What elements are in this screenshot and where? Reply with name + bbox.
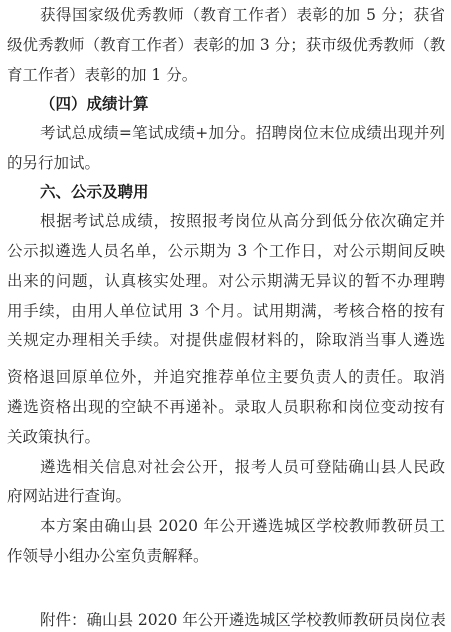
paragraph-line: 作领导小组办公室负责解释。: [7, 541, 445, 571]
paragraph-line: 关规定办理相关手续。对提供虚假材料的，除取消当事人遴选: [7, 325, 445, 355]
paragraph-line: 用手续，由用人单位试用 3 个月。试用期满，考核合格的按有: [7, 296, 445, 326]
paragraph-line: 育工作者）表彰的加 1 分。: [7, 60, 445, 90]
paragraph-line: 资格退回原单位外，并追究推荐单位主要负责人的责任。取消: [7, 362, 445, 392]
paragraph-line: 遴选资格出现的空缺不再递补。录取人员职称和岗位变动按有: [7, 392, 445, 422]
paragraph-line: 的另行加试。: [7, 148, 445, 178]
paragraph-line: 遴选相关信息对社会公开，报考人员可登陆确山县人民政: [40, 452, 445, 482]
document-page: 获得国家级优秀教师（教育工作者）表彰的加 5 分；获省 级优秀教师（教育工作者）…: [0, 0, 451, 632]
paragraph-line: 级优秀教师（教育工作者）表彰的加 3 分；获市级优秀教师（教: [7, 30, 445, 60]
attachment-note: 附件：确山县 2020 年公开遴选城区学校教师教研员岗位表: [40, 605, 445, 632]
paragraph-line: 根据考试总成绩，按照报考岗位从高分到低分依次确定并: [40, 206, 445, 236]
paragraph-line: 关政策执行。: [7, 422, 445, 452]
paragraph-line: 本方案由确山县 2020 年公开遴选城区学校教师教研员工: [40, 511, 445, 541]
paragraph-line: 出来的问题，认真核实处理。对公示期满无异议的暂不办理聘: [7, 266, 445, 296]
section-heading: 六、公示及聘用: [40, 177, 445, 207]
paragraph-line: 考试总成绩=笔试成绩+加分。招聘岗位末位成绩出现并列: [40, 118, 445, 148]
section-subheading: （四）成绩计算: [40, 89, 445, 119]
paragraph-line: 获得国家级优秀教师（教育工作者）表彰的加 5 分；获省: [40, 0, 445, 30]
paragraph-line: 公示拟遴选人员名单，公示期为 3 个工作日，对公示期间反映: [7, 236, 445, 266]
paragraph-line: 府网站进行查询。: [7, 481, 445, 511]
